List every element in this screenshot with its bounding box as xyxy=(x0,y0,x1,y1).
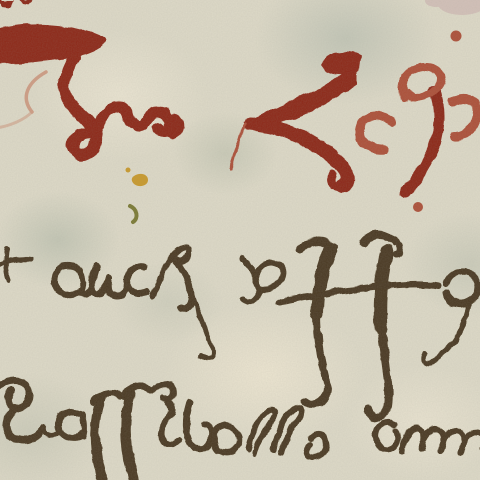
manuscript-fragment xyxy=(0,0,480,480)
manuscript-ink-layer xyxy=(0,0,480,480)
paper-grain-overlay xyxy=(0,0,480,480)
